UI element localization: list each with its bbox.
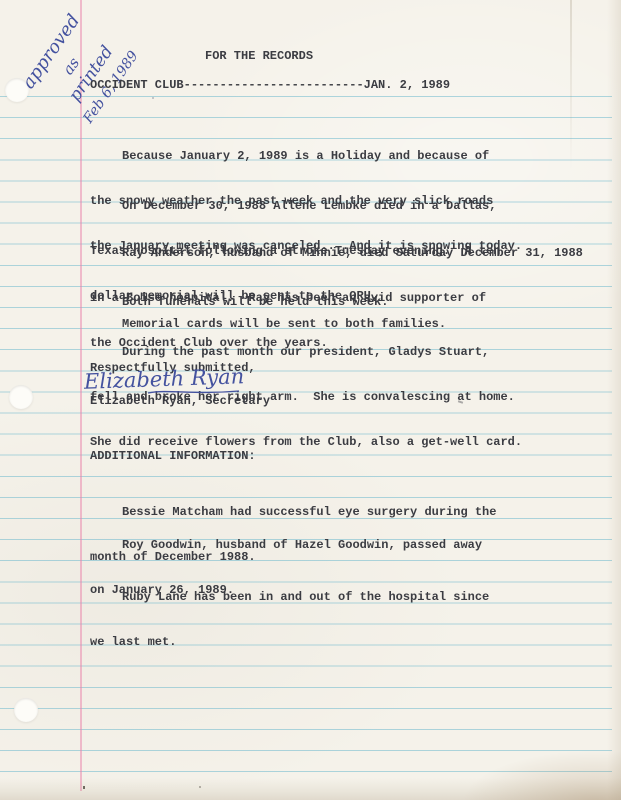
text-line: During the past month our president, Gla… [90,345,522,360]
text-line: Because January 2, 1989 is a Holiday and… [90,149,522,164]
paper-crease [570,0,572,170]
additional-info-heading: ADDITIONAL INFORMATION: [90,449,256,464]
text-line: Ray Anderson, husband of Minnie, died Sa… [90,246,583,261]
curled-corner-shadow [461,750,621,800]
text-line: Roy Goodwin, husband of Hazel Goodwin, p… [90,538,482,553]
paragraph-lane: Ruby Lane has been in and out of the hos… [90,560,489,680]
punch-hole-middle [9,385,33,409]
text-line: Ruby Lane has been in and out of the hos… [90,590,489,605]
signature-caption: Elizabeth Ryan, Secretary [90,394,270,409]
punch-hole-bottom [14,698,38,722]
document-title: FOR THE RECORDS [205,49,313,64]
org-date-line: OCCIDENT CLUB-------------------------JA… [90,78,450,93]
text-line: On December 30, 1988 Allene Lembke died … [90,199,500,214]
scanned-minutes-page: approved as printed Feb 6, 1989 FOR THE … [0,0,621,800]
text-line: we last met. [90,635,489,650]
ink-speck [152,97,154,99]
text-line: She did receive flowers from the Club, a… [90,435,522,450]
paper-right-edge-shadow [607,0,621,800]
